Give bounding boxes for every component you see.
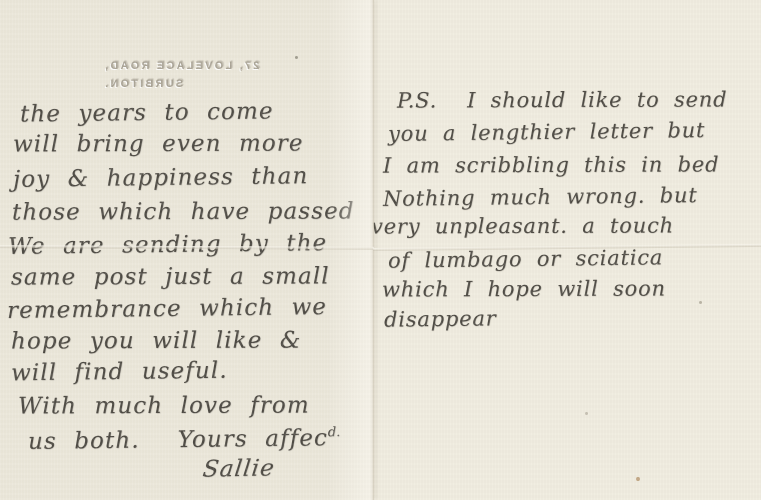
handwritten-line: will bring even more: [13, 130, 304, 157]
letterhead-address-line2: SURBITON.: [103, 75, 275, 93]
closing-us-both: us both.: [28, 428, 140, 455]
handwritten-line: joy & happiness than: [13, 163, 309, 193]
letter-right-page: P.S.I should like to send you a lengthie…: [373, 0, 761, 500]
handwritten-line: which I hope will soon: [382, 277, 666, 302]
embossed-mirrored-letterhead: 27, LOVELACE ROAD, SURBITON.: [103, 57, 275, 93]
valediction: Yours affec: [178, 425, 329, 453]
letterhead-address-line1: 27, LOVELACE ROAD,: [103, 57, 275, 75]
scanned-letter: 27, LOVELACE ROAD, SURBITON. the years t…: [0, 0, 761, 500]
handwritten-line: remembrance which we: [7, 294, 327, 324]
signature: Sallie: [201, 455, 276, 482]
postscript-label: P.S.: [397, 88, 437, 112]
letter-left-page: 27, LOVELACE ROAD, SURBITON. the years t…: [0, 0, 373, 500]
closing-line: us both.Yours affecd.: [28, 425, 341, 455]
handwritten-line: We are sending by the: [8, 230, 328, 260]
handwritten-line: you a lengthier letter but: [388, 118, 705, 146]
handwritten-line: the years to come: [20, 98, 274, 127]
handwritten-line: Nothing much wrong. but: [383, 183, 698, 211]
handwritten-line: disappear: [384, 306, 497, 331]
valediction-superscript: d.: [328, 425, 341, 440]
handwritten-line: same post just a small: [11, 263, 330, 290]
handwritten-line: I should like to send: [467, 87, 727, 112]
postscript-line: P.S.I should like to send: [397, 87, 727, 112]
handwritten-line: I am scribbling this in bed: [383, 152, 719, 177]
handwritten-line: very unpleasant. a touch: [371, 213, 674, 238]
handwritten-line: those which have passed: [12, 198, 355, 225]
handwritten-line: With much love from: [18, 392, 310, 419]
handwritten-line: will find useful.: [11, 358, 228, 387]
handwritten-line: hope you will like &: [11, 327, 301, 354]
handwritten-line: of lumbago or sciatica: [388, 245, 663, 272]
